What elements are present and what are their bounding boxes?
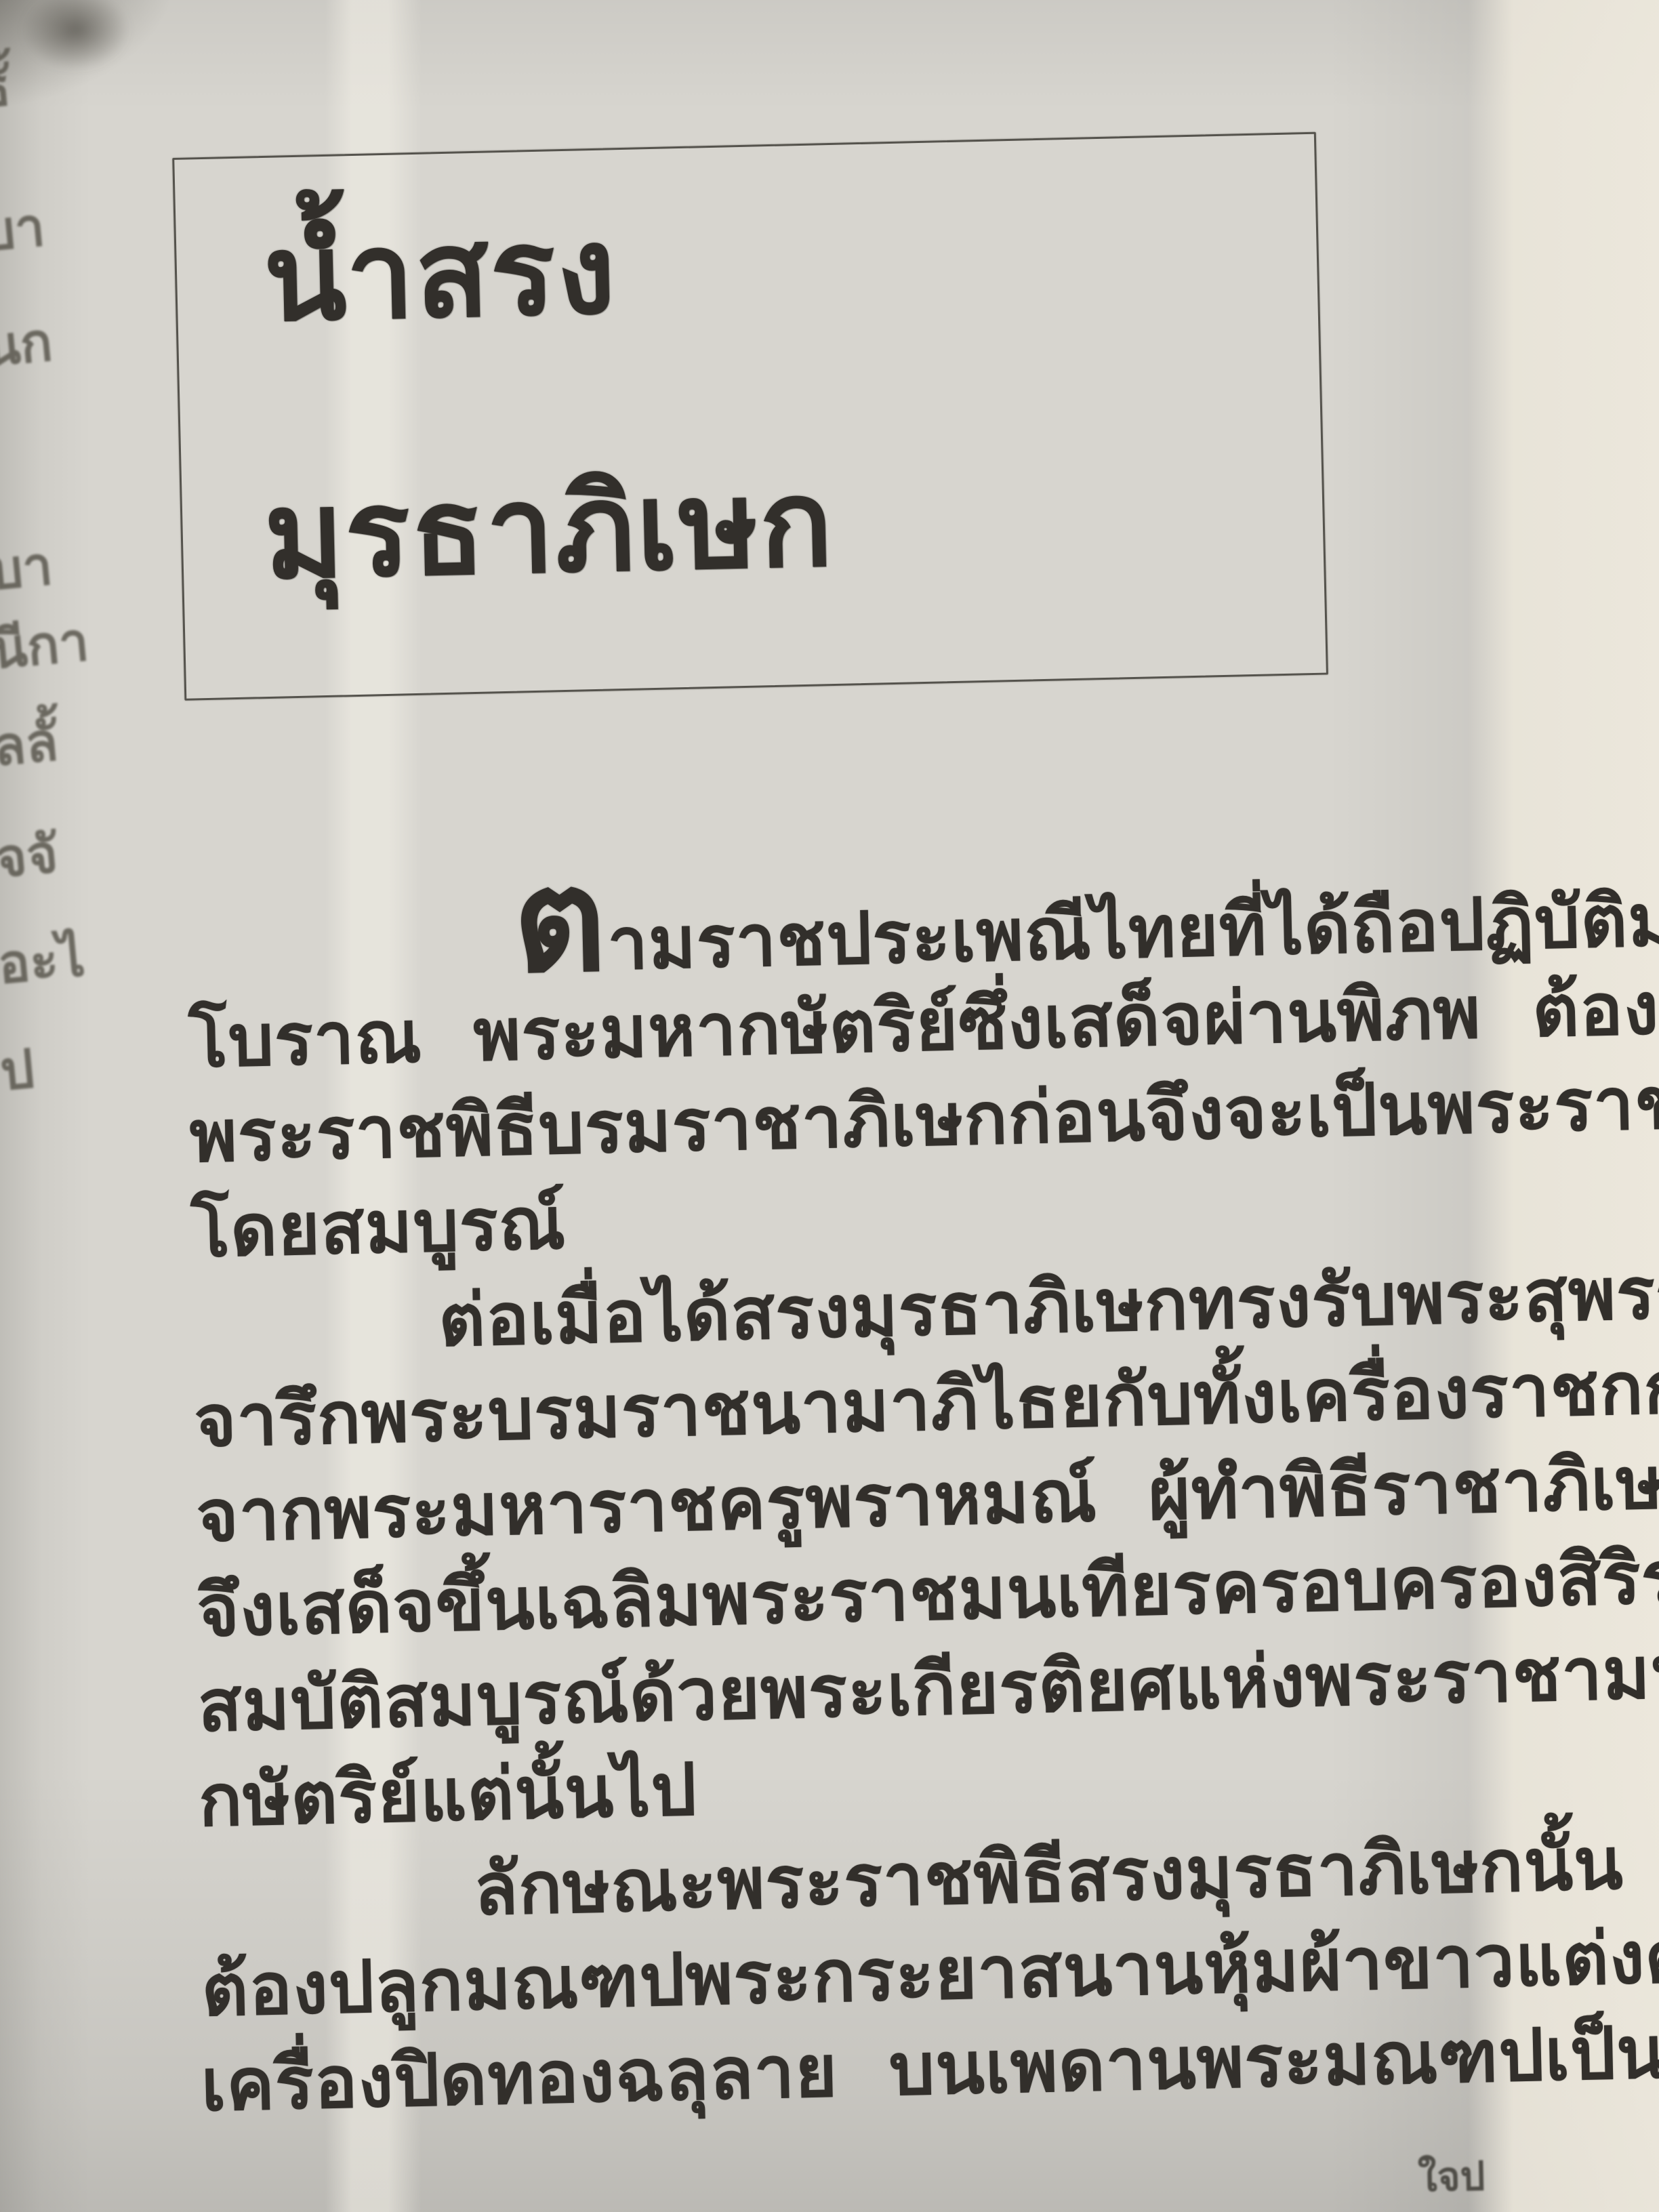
page-content: ธั้ บา นก บา นีกา ลลั้ จจั อะไ ป น้ำสรง … xyxy=(0,0,1659,2212)
page-edge-fragment: ลลั้ xyxy=(0,699,62,789)
chapter-title-line-1: น้ำสรง xyxy=(262,189,619,360)
page-edge-fragment: นีกา xyxy=(0,599,92,692)
corner-smudge xyxy=(21,0,131,72)
chapter-title-line-2: มุรธาภิเษก xyxy=(262,442,836,617)
page-edge-fragment: ป xyxy=(0,1027,38,1113)
page-edge-fragment: จจั xyxy=(0,811,61,901)
chapter-title-box: น้ำสรง มุรธาภิเษก xyxy=(172,132,1328,701)
page-edge-fragment: นก xyxy=(0,300,56,390)
dropcap-letter: ต xyxy=(511,836,609,1005)
page-edge-fragment: บา xyxy=(0,184,48,274)
page-edge-fragment: ธั้ xyxy=(0,44,14,131)
footer-fragment: ใจป xyxy=(1417,2144,1486,2209)
page-edge-fragment: อะไ xyxy=(0,915,88,1006)
page-edge-fragment: บา xyxy=(0,523,56,613)
book-page-photo: ธั้ บา นก บา นีกา ลลั้ จจั อะไ ป น้ำสรง … xyxy=(0,0,1659,2212)
